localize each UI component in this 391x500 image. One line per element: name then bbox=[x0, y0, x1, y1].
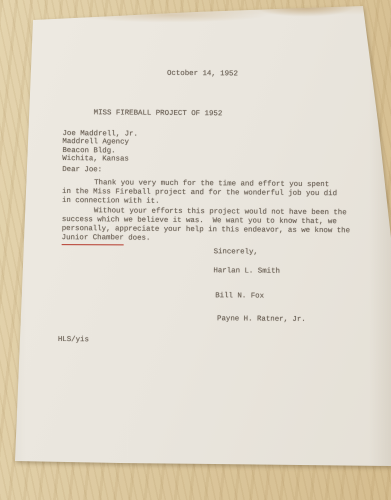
paragraph-2-line-4-rest: does. bbox=[124, 235, 151, 243]
typist-reference-initials: HLS/yis bbox=[58, 336, 89, 345]
junior-chamber-red-underlined-text: Junior Chamber bbox=[62, 234, 124, 245]
letter-content: October 14, 1952 MISS FIREBALL PROJECT O… bbox=[0, 0, 391, 500]
paragraph-2-line-4: Junior Chamber does. bbox=[62, 234, 350, 247]
wood-table-background: October 14, 1952 MISS FIREBALL PROJECT O… bbox=[0, 0, 391, 500]
recipient-address: Joe Maddrell, Jr. Maddrell Agency Beacon… bbox=[62, 130, 138, 164]
letter-paper: October 14, 1952 MISS FIREBALL PROJECT O… bbox=[0, 0, 391, 500]
recipient-city: Wichita, Kansas bbox=[62, 155, 137, 164]
signature-name-3: Payne H. Ratner, Jr. bbox=[217, 315, 306, 325]
recipient-company: Maddrell Agency bbox=[62, 138, 137, 147]
salutation: Dear Joe: bbox=[62, 166, 102, 175]
date-line: October 14, 1952 bbox=[167, 70, 238, 80]
body-paragraph-2: Without your efforts this project would … bbox=[62, 207, 351, 247]
signature-name-2: Bill N. Fox bbox=[215, 292, 264, 301]
signature-name-1: Harlan L. Smith bbox=[213, 267, 280, 277]
body-paragraph-1: Thank you very much for the time and eff… bbox=[62, 179, 337, 208]
closing-salutation: Sincerely, bbox=[214, 248, 258, 257]
paper-shadow-wrap: October 14, 1952 MISS FIREBALL PROJECT O… bbox=[0, 0, 391, 500]
subject-line: MISS FIREBALL PROJECT OF 1952 bbox=[94, 109, 223, 119]
